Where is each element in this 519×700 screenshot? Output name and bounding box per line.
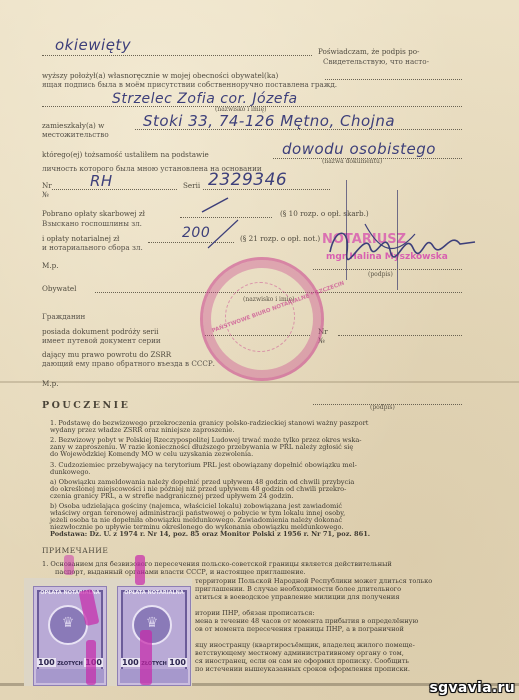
dotted-line (325, 79, 462, 80)
fee1-ref: (§ 10 rozp. o opł. skarb.) (280, 210, 369, 219)
pen-stroke (397, 190, 398, 290)
paper-fold (0, 381, 519, 383)
pouczenie-line: czenia granicy PRL, a w strefie nadgrani… (50, 493, 293, 500)
dotted-line (135, 129, 462, 130)
signature-caption-2: (podpis) (370, 404, 395, 413)
stamp-value-right: 100 (168, 658, 187, 667)
pouczenie-line: wydany przez władze ZSRR oraz niniejsze … (50, 427, 234, 434)
identity-label-pl: którego(ej) tożsamość ustaliłem na podst… (42, 151, 209, 160)
travel-ru: имеет путевой документ серии (42, 337, 161, 346)
stamp-title: OPŁATA NOTARIALNA (34, 591, 106, 597)
fee2-ref: (§ 21 rozp. o opł. not.) (240, 235, 320, 244)
revenue-stamp-2: OPŁATA NOTARIALNA ♛ 100 100 ZŁOTYCH (117, 586, 191, 686)
primechanie-title: ПРИМЕЧАНИЕ (42, 547, 108, 556)
eagle-icon: ♛ (134, 615, 170, 631)
watermark: sgvavia.ru (430, 680, 516, 696)
citizen-label-pl: Obywatel (42, 285, 76, 294)
mp-label: M.p. (42, 262, 59, 271)
cancellation-mark (135, 555, 145, 585)
dotted-line (52, 189, 177, 190)
stamp-unit: ZŁOTYCH (54, 661, 86, 667)
fee1-ru: Взыскано госпошлины зл. (42, 220, 142, 229)
primechanie-line: ов от момента пересечения границы ПНР, а… (195, 626, 404, 633)
fee1-pl: Pobrano opłaty skarbowej zł (42, 210, 145, 219)
serii-label: Serii (183, 182, 200, 191)
line2-ru: ящая подпись была в моём присутствии соб… (42, 81, 337, 90)
stamp-eagle-emblem: ♛ (132, 605, 172, 645)
signature-line (313, 269, 462, 270)
dotted-line (338, 335, 462, 336)
cancellation-mark (64, 555, 74, 575)
primechanie-line: атиться в воеводское управление милиции … (195, 594, 399, 601)
cancellation-mark (140, 630, 152, 685)
citizen-label-ru: Гражданин (42, 313, 85, 322)
pouczenie-line: 3. Cudzoziemiec przebywający na terytori… (50, 462, 357, 469)
residence-label-ru: местожительство (42, 131, 109, 140)
pen-stroke (346, 180, 347, 280)
certify-pl: Poświadczam, że podpis po- (318, 48, 419, 57)
pouczenie-line: Podstawa: Dz. U. z 1974 r. Nr 14, poz. 8… (50, 531, 370, 538)
pen-stroke-diagonal (200, 190, 240, 250)
nr-label-ru: № (42, 191, 49, 200)
certify-ru: Свидетельствую, что насто- (323, 58, 429, 67)
pouczenie-title: POUCZENIE (42, 402, 130, 411)
pouczenie-line: dunkowego. (50, 469, 90, 476)
cancellation-mark (86, 640, 96, 685)
stamp-title: OPŁATA NOTARIALNA (118, 591, 190, 597)
serii-value: 2329346 (208, 170, 287, 190)
pouczenie-line: do Wojewódzkiej Komendy MO w celu uzyska… (50, 451, 253, 458)
stamp-band (120, 669, 188, 683)
identity-caption: (nazwa dokumentu) (322, 158, 382, 167)
notary-round-seal: PAŃSTWOWE BIURO NOTARIALNE * SZCZECIN (200, 257, 324, 381)
dotted-line (42, 55, 312, 56)
signature-caption: (podpis) (368, 271, 393, 280)
mp-label-2: M.p. (42, 380, 59, 389)
return-ru: дающий ему право обратного въезда в СССР… (42, 360, 215, 369)
name-value: Strzelec Zofia cor. Józefa (112, 91, 298, 107)
primechanie-line: по истечении вышеуказанных сроков оформл… (195, 666, 410, 673)
stamp-value-left: 100 (121, 658, 140, 667)
stamp-value-left: 100 (37, 658, 56, 667)
handwritten-top: okiewięty (55, 36, 131, 54)
notary-signature (325, 222, 485, 262)
eagle-icon: ♛ (50, 615, 86, 631)
identity-value: dowodu osobistego (282, 140, 436, 158)
nr-value: RH (90, 172, 113, 190)
fee2-ru: и нотариального сбора зл. (42, 244, 143, 253)
residence-value: Stoki 33, 74-126 Mętno, Chojna (143, 112, 395, 130)
primechanie-line: паспорт, выданный органами власти СССР, … (55, 569, 306, 576)
